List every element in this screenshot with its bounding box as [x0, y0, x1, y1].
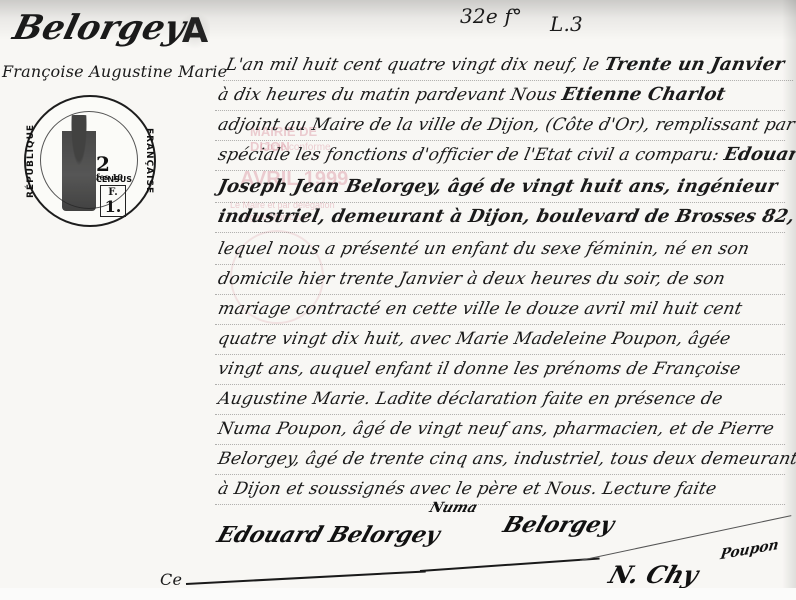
- signature-flourish-1: [186, 570, 426, 585]
- tax-stamp-left-text: RÉPUBLIQUE: [26, 103, 66, 219]
- body-line-text: lequel nous a présenté un enfant du sexe…: [216, 239, 751, 259]
- body-line-text: Augustine Marie. Ladite déclaration fait…: [216, 389, 724, 409]
- body-line-7: lequel nous a présenté un enfant du sexe…: [215, 236, 791, 265]
- header-surname: Belorgey: [9, 8, 190, 48]
- document-page: Belorgey A Françoise Augustine Marie 32e…: [0, 0, 796, 600]
- body-line-14: Belorgey, âgé de trente cinq ans, indust…: [215, 446, 791, 475]
- body-line-1: L'an mil huit cent quatre vingt dix neuf…: [223, 52, 796, 81]
- body-line-fill: Etienne Charlot: [560, 84, 727, 105]
- body-line-text: adjoint au Maire de la ville de Dijon, (…: [216, 115, 796, 135]
- body-line-fill: Joseph Jean Belorgey, âgé de vingt huit …: [216, 176, 779, 197]
- body-line-text: à dix heures du matin pardevant Nous: [216, 85, 564, 105]
- scan-bottom-edge: [0, 588, 796, 600]
- body-line-text: Numa Poupon, âgé de vingt neuf ans, phar…: [216, 419, 776, 439]
- body-line-text: L'an mil huit cent quatre vingt dix neuf…: [224, 55, 607, 75]
- body-line-text: mariage contracté en cette ville le douz…: [216, 299, 744, 319]
- body-line-text: Belorgey, âgé de trente cinq ans, indust…: [216, 449, 796, 469]
- marianne-figure-icon: [62, 115, 96, 211]
- reference-mark: L.3: [550, 12, 583, 36]
- body-line-9: mariage contracté en cette ville le douz…: [215, 296, 791, 325]
- signature-poupon: Poupon: [719, 537, 779, 564]
- body-line-text: vingt ans, auquel enfant il donne les pr…: [216, 359, 742, 379]
- body-line-4: spéciale les fonctions d'officier de l'E…: [215, 142, 791, 171]
- body-line-3: adjoint au Maire de la ville de Dijon, (…: [215, 112, 791, 141]
- body-line-text: quatre vingt dix huit, avec Marie Madele…: [216, 329, 732, 349]
- body-line-5: Joseph Jean Belorgey, âgé de vingt huit …: [215, 174, 791, 203]
- reference-number: 32e f°: [460, 4, 522, 28]
- body-line-15: à Dijon et soussignés avec le père et No…: [215, 476, 791, 505]
- body-line-13: Numa Poupon, âgé de vingt neuf ans, phar…: [215, 416, 791, 445]
- body-line-12: Augustine Marie. Ladite déclaration fait…: [215, 386, 791, 415]
- body-line-fill: Edouard: [722, 144, 796, 165]
- header-letter-mark: A: [180, 10, 210, 52]
- body-line-fill: industriel, demeurant à Dijon, boulevard…: [216, 206, 796, 227]
- body-line-text: à Dijon et soussignés avec le père et No…: [216, 479, 718, 499]
- tax-stamp-box-bottom: 1.: [101, 199, 125, 215]
- signature-father: Edouard Belorgey: [214, 522, 444, 548]
- signature-flourish-2: [420, 557, 600, 572]
- body-line-fill: Trente un Janvier: [603, 54, 787, 75]
- body-line-8: domicile hier trente Janvier à deux heur…: [215, 266, 791, 295]
- body-line-11: vingt ans, auquel enfant il donne les pr…: [215, 356, 791, 385]
- body-line-text: spéciale les fonctions d'officier de l'E…: [216, 145, 726, 165]
- signature-witness-2: Belorgey: [500, 512, 618, 538]
- tax-stamp: RÉPUBLIQUE FRANÇAISE 2fes 10 CENSUS F. 1…: [24, 95, 156, 227]
- body-line-2: à dix heures du matin pardevant Nous Eti…: [215, 82, 791, 111]
- body-line-text: domicile hier trente Janvier à deux heur…: [216, 269, 727, 289]
- signature-officer: N. Chy: [605, 560, 702, 589]
- body-line-6: industriel, demeurant à Dijon, boulevard…: [215, 204, 791, 233]
- margin-bottom-mark: Ce: [160, 570, 182, 589]
- tax-stamp-census: CENSUS: [96, 175, 132, 184]
- header-given-names: Françoise Augustine Marie: [2, 62, 227, 81]
- tax-stamp-box: F. 1.: [100, 185, 126, 217]
- body-line-10: quatre vingt dix huit, avec Marie Madele…: [215, 326, 791, 355]
- signature-witness-1: Numa: [427, 500, 479, 516]
